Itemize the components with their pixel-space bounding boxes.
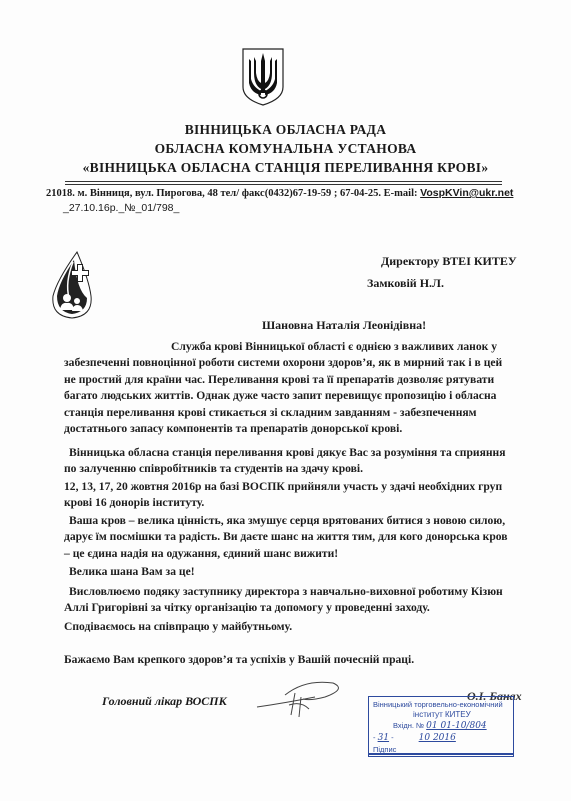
- paragraph-line: Велика шана Вам за це!: [64, 564, 534, 580]
- paragraph-line: Аллі Григорівні за чітку організацію та …: [64, 600, 534, 616]
- paragraph-line: Вінницька обласна станція переливання кр…: [64, 445, 534, 461]
- address-text: 21018. м. Вінниця, вул. Пирогова, 48 тел…: [46, 188, 420, 199]
- paragraph-wishes: Бажаємо Вам крепкого здоров’я та успіхів…: [64, 652, 534, 668]
- paragraph-value-of-blood: Ваша кров – велика цінність, яка змушує …: [64, 513, 534, 562]
- addressee-name: Замковій Н.Л.: [367, 276, 444, 291]
- handwritten-signature-icon: [255, 675, 345, 720]
- stamp-institute: інститут КИТЕУ: [413, 710, 471, 719]
- paragraph-line: Служба крові Вінницької області є однією…: [64, 339, 534, 355]
- paragraph-line: по залученню співробітників та студентів…: [64, 461, 534, 477]
- letterhead-institution-name: «ВІННИЦЬКА ОБЛАСНА СТАНЦІЯ ПЕРЕЛИВАННЯ К…: [0, 160, 571, 176]
- trident-coat-of-arms-icon: [241, 47, 285, 107]
- paragraph-cooperation: Сподіваємось на співпрацю у майбутньому.: [64, 619, 534, 635]
- paragraph-line: багато людських життів. Однак дуже часто…: [64, 388, 534, 404]
- paragraph-line: крові 16 донорів інституту.: [64, 495, 534, 511]
- incoming-label: Вхідн. №: [393, 721, 424, 730]
- email-link[interactable]: VospKVin@ukr.net: [420, 187, 513, 199]
- paragraph-line: не простий для країни час. Переливання к…: [64, 372, 534, 388]
- stamp-institution: Вінницький торговельно-економічний: [373, 700, 503, 709]
- letterhead-council: ВІННИЦЬКА ОБЛАСНА РАДА: [0, 122, 571, 138]
- paragraph-line: достатнього запасу компонентів та препар…: [64, 421, 534, 437]
- stamp-month-year: 10 2016: [419, 733, 456, 743]
- paragraph-line: дарує їм посмішки та радість. Ви даєте ш…: [64, 529, 534, 545]
- stamp-day: 31: [378, 733, 389, 743]
- paragraph-gratitude-deputy: Висловлюємо подяку заступнику директора …: [64, 584, 534, 617]
- divider-line: [65, 184, 502, 185]
- letter-page: ВІННИЦЬКА ОБЛАСНА РАДА ОБЛАСНА КОМУНАЛЬН…: [0, 0, 571, 801]
- paragraph-donation-dates: 12, 13, 17, 20 жовтня 2016р на базі ВОСП…: [64, 479, 534, 512]
- paragraph-blood-service: Служба крові Вінницької області є однією…: [64, 339, 534, 437]
- stamp-bottom-line: [369, 753, 513, 755]
- paragraph-line: станція переливання крові стикається зі …: [64, 405, 534, 421]
- paragraph-line: Бажаємо Вам крепкого здоров’я та успіхів…: [64, 652, 534, 668]
- outgoing-number: _27.10.16р._№_01/798_: [63, 202, 179, 214]
- blood-drop-cross-family-logo-icon: [47, 250, 97, 320]
- paragraph-line: – це єдина надія на одужання, єдиний шан…: [64, 546, 534, 562]
- paragraph-line: Ваша кров – велика цінність, яка змушує …: [64, 513, 534, 529]
- incoming-registration-stamp: Вінницький торговельно-економічний інсти…: [368, 696, 514, 757]
- greeting: Шановна Наталія Леонідівна!: [262, 318, 426, 333]
- paragraph-line: Висловлюємо подяку заступнику директора …: [64, 584, 534, 600]
- letterhead-institution-type: ОБЛАСНА КОМУНАЛЬНА УСТАНОВА: [0, 141, 571, 157]
- incoming-number-handwritten: 01 01-10/804: [426, 721, 486, 731]
- paragraph-honor: Велика шана Вам за це!: [64, 564, 534, 580]
- paragraph-line: 12, 13, 17, 20 жовтня 2016р на базі ВОСП…: [64, 479, 534, 495]
- stamp-date: - 31 - 10 2016: [373, 733, 456, 743]
- signer-title: Головний лікар ВОСПК: [102, 694, 227, 709]
- paragraph-line: Сподіваємось на співпрацю у майбутньому.: [64, 619, 534, 635]
- letterhead-address: 21018. м. Вінниця, вул. Пирогова, 48 тел…: [46, 187, 513, 199]
- divider-line: [65, 181, 502, 182]
- paragraph-thanks: Вінницька обласна станція переливання кр…: [64, 445, 534, 478]
- addressee-position: Директору ВТЕІ КИТЕУ: [381, 254, 517, 269]
- stamp-incoming-number: Вхідн. № 01 01-10/804: [393, 721, 487, 731]
- paragraph-line: забезпеченні повноцінної роботи системи …: [64, 355, 534, 371]
